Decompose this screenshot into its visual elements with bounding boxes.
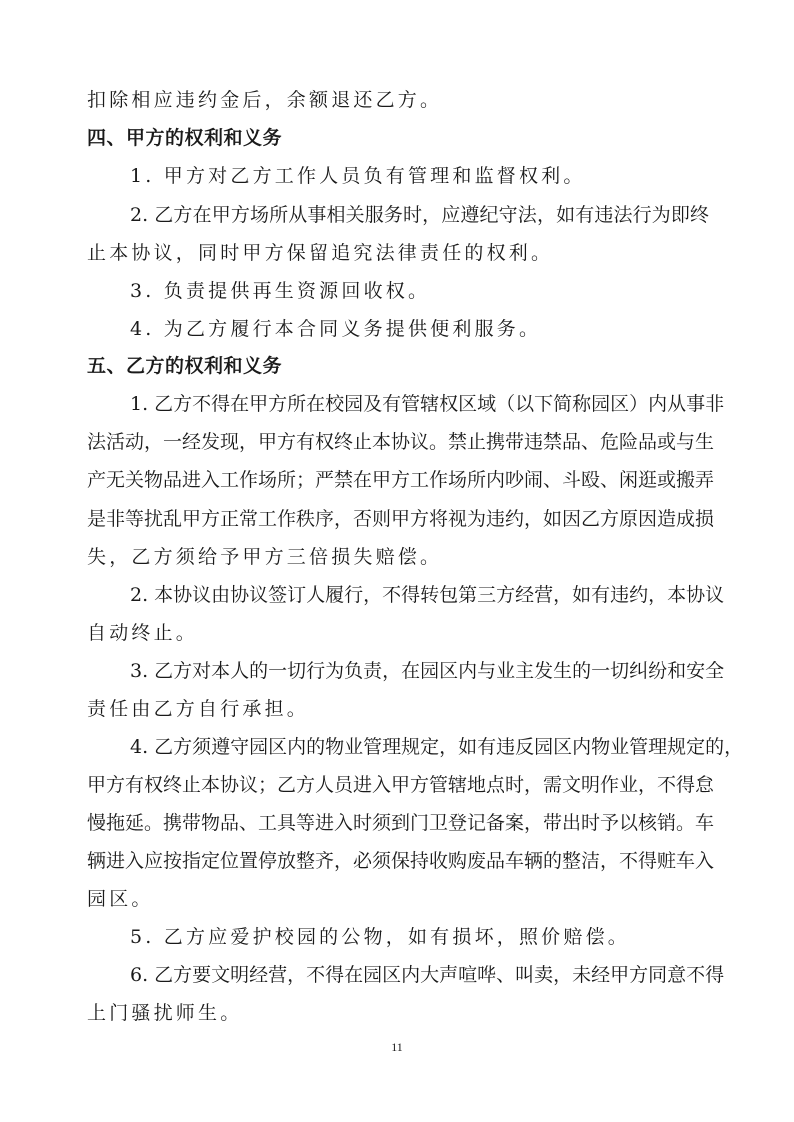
text-line: 4. 乙方须遵守园区内的物业管理规定，如有违反园区内物业管理规定的， (130, 735, 709, 759)
text-line: 3. 乙方对本人的一切行为负责，在园区内与业主发生的一切纠纷和安全 (130, 659, 709, 683)
text-line: 1. 甲方对乙方工作人员负有管理和监督权利。 (130, 164, 586, 188)
text-line: 慢拖延。携带物品、工具等进入时须到门卫登记备案，带出时予以核销。车 (87, 811, 709, 835)
text-line: 扣除相应违约金后，余额退还乙方。 (87, 88, 442, 112)
text-line: 园区。 (87, 887, 154, 911)
text-line: 2. 本协议由协议签订人履行，不得转包第三方经营，如有违约，本协议 (130, 583, 709, 607)
text-line: 是非等扰乱甲方正常工作秩序，否则甲方将视为违约，如因乙方原因造成损 (87, 507, 709, 531)
section-heading: 四、甲方的权利和义务 (87, 126, 282, 150)
text-line: 辆进入应按指定位置停放整齐，必须保持收购废品车辆的整洁，不得赃车入 (87, 849, 709, 873)
text-line: 5. 乙方应爱护校园的公物，如有损坏，照价赔偿。 (130, 925, 630, 949)
text-line: 2. 乙方在甲方场所从事相关服务时，应遵纪守法，如有违法行为即终 (130, 203, 709, 227)
text-line: 上门骚扰师生。 (87, 1001, 242, 1025)
text-line: 6. 乙方要文明经营，不得在园区内大声喧哗、叫卖，未经甲方同意不得 (130, 963, 709, 987)
text-line: 4. 为乙方履行本合同义务提供便利服务。 (130, 317, 541, 341)
text-line: 产无关物品进入工作场所；严禁在甲方工作场所内吵闹、斗殴、闲逛或搬弄 (87, 468, 709, 492)
text-line: 责任由乙方自行承担。 (87, 697, 309, 721)
text-line: 3. 负责提供再生资源回收权。 (130, 279, 430, 303)
text-line: 甲方有权终止本协议；乙方人员进入甲方管辖地点时，需文明作业，不得怠 (87, 773, 709, 797)
text-line: 止本协议，同时甲方保留追究法律责任的权利。 (87, 241, 553, 265)
text-line: 法活动，一经发现，甲方有权终止本协议。禁止携带违禁品、危险品或与生 (87, 430, 709, 454)
document-page: 扣除相应违约金后，余额退还乙方。四、甲方的权利和义务1. 甲方对乙方工作人员负有… (0, 0, 794, 1122)
section-heading: 五、乙方的权利和义务 (87, 354, 282, 378)
text-line: 自动终止。 (87, 621, 198, 645)
text-line: 失，乙方须给予甲方三倍损失赔偿。 (87, 545, 442, 569)
text-line: 1. 乙方不得在甲方所在校园及有管辖权区域（以下简称园区）内从事非 (130, 392, 709, 416)
page-number: 11 (0, 1040, 794, 1055)
